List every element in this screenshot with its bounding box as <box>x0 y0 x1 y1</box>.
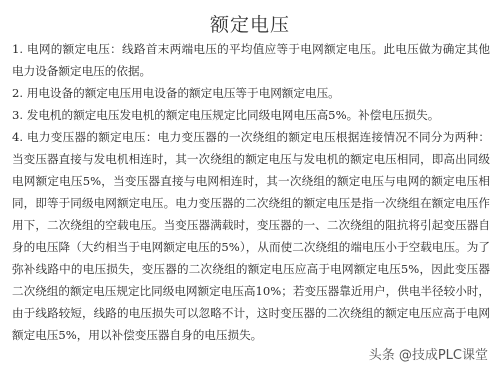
paragraph-4: 4. 电力变压器的额定电压：电力变压器的一次绕组的额定电压根据连接情况不同分为两… <box>12 126 490 346</box>
document-body: 1. 电网的额定电压：线路首末两端电压的平均值应等于电网额定电压。此电压做为确定… <box>12 38 490 346</box>
paragraph-3: 3. 发电机的额定电压发电机的额定电压规定比同级电网电压高5%。补偿电压损失。 <box>12 104 490 126</box>
paragraph-1: 1. 电网的额定电压：线路首末两端电压的平均值应等于电网额定电压。此电压做为确定… <box>12 38 490 82</box>
page-title: 额定电压 <box>0 10 500 37</box>
watermark: 头条 @技成PLC课堂 <box>369 344 488 363</box>
paragraph-2: 2. 用电设备的额定电压用电设备的额定电压等于电网额定电压。 <box>12 82 490 104</box>
